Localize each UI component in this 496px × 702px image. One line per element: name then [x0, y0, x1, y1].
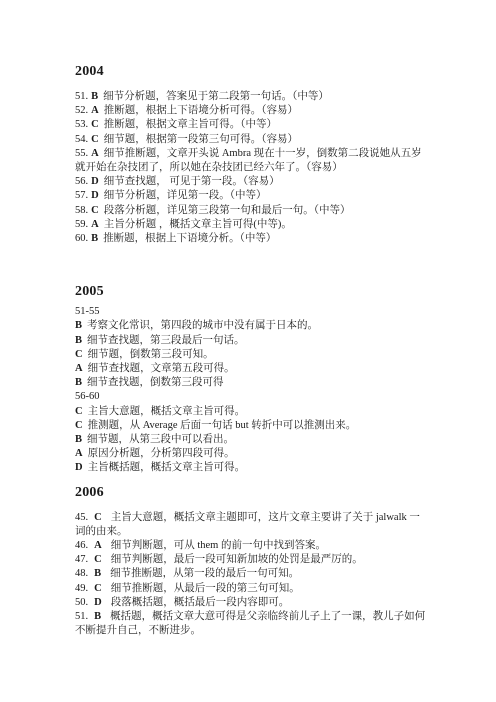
answer-letter: C: [75, 406, 83, 417]
question-number: 49.: [75, 583, 88, 594]
answer-line: B考察文化常识，第四段的城市中没有属于日本的。: [75, 319, 428, 333]
question-number: 47.: [75, 554, 88, 565]
answer-line: 56.D细节查找题， 可见于第一段。（容易）: [75, 175, 428, 189]
answer-letter: A: [94, 540, 102, 551]
answer-letter: B: [75, 335, 82, 346]
answer-letter: B: [91, 233, 98, 244]
question-number: 55.: [75, 148, 88, 159]
question-number: 53.: [75, 119, 88, 130]
answer-letter: C: [91, 134, 99, 145]
answer-line: 48.B细节推断题，从第一段的最后一句可知。: [75, 567, 428, 581]
explanation-text: 主旨概括题，概括文章主旨可得。: [88, 462, 246, 473]
explanation-text: 细节题，根据第一段第三句可得。（容易）: [104, 134, 298, 145]
explanation-text: 细节查找题，倒数第三段可得: [87, 377, 224, 388]
answer-list-2004: 51.B细节分析题，答案见于第二段第一句话。（中等） 52.A推断题，根据上下语…: [75, 90, 428, 246]
question-number: 57.: [75, 190, 88, 201]
answer-letter: A: [91, 148, 99, 159]
answer-letter: C: [94, 583, 102, 594]
answer-letter: C: [75, 420, 83, 431]
answer-letter: C: [91, 119, 99, 130]
answer-line: 58.C段落分析题，详见第三段第一句和最后一句。（中等）: [75, 204, 428, 218]
explanation-text: 主旨大意题，概括文章主旨可得。: [88, 406, 246, 417]
year-heading-2006: 2006: [75, 483, 428, 502]
explanation-text: 细节题，倒数第三段可知。: [88, 349, 214, 360]
question-number: 54.: [75, 134, 88, 145]
question-number: 45.: [75, 512, 88, 523]
question-number: 46.: [75, 540, 88, 551]
explanation-text: 推断题，根据上下语境分析。（中等）: [103, 233, 276, 244]
answer-line: A原因分析题，分析第四段可得。: [75, 447, 428, 461]
year-heading-2004: 2004: [75, 62, 428, 81]
answer-list-2005: 51-55 B考察文化常识，第四段的城市中没有属于日本的。 B细节查找题，第三段…: [75, 305, 428, 475]
explanation-text: 细节查找题，文章第五段可得。: [88, 363, 235, 374]
answer-letter: D: [94, 597, 102, 608]
answer-letter: A: [75, 363, 83, 374]
explanation-text: 推断题，根据上下语境分析可得。（容易）: [104, 105, 298, 116]
answer-letter: A: [91, 219, 99, 230]
explanation-text: 推测题，从 Average 后面一句话 but 转折中可以推测出来。: [88, 420, 357, 431]
explanation-text: 考察文化常识，第四段的城市中没有属于日本的。: [87, 320, 318, 331]
question-number: 51.: [75, 611, 88, 622]
answer-letter: D: [91, 176, 99, 187]
answer-letter: D: [75, 462, 83, 473]
answer-letter: A: [75, 448, 83, 459]
answer-line: 45.C主旨大意题，概括文章主题即可，这片文章主要讲了关于 jalwalk 一词…: [75, 511, 428, 539]
answer-line: C推测题，从 Average 后面一句话 but 转折中可以推测出来。: [75, 419, 428, 433]
explanation-text: 主旨分析题 ，概括文章主旨可得(中等)。: [104, 219, 292, 230]
answer-letter: B: [75, 377, 82, 388]
answer-line: 60.B推断题，根据上下语境分析。（中等）: [75, 232, 428, 246]
answer-line: 52.A推断题，根据上下语境分析可得。（容易）: [75, 104, 428, 118]
question-number: 56.: [75, 176, 88, 187]
answer-line: C主旨大意题，概括文章主旨可得。: [75, 405, 428, 419]
explanation-text: 细节分析题，答案见于第二段第一句话。（中等）: [103, 91, 329, 102]
question-number: 51.: [75, 91, 88, 102]
answer-letter: C: [94, 554, 102, 565]
answer-line: 54.C细节题，根据第一段第三句可得。（容易）: [75, 133, 428, 147]
explanation-text: 原因分析题，分析第四段可得。: [88, 448, 235, 459]
question-range-label: 51-55: [75, 305, 428, 319]
answer-line: B细节查找题，倒数第三段可得: [75, 376, 428, 390]
year-heading-2005: 2005: [75, 282, 428, 301]
answer-letter: B: [94, 568, 101, 579]
answer-line: A细节查找题，文章第五段可得。: [75, 362, 428, 376]
question-range-label: 56-60: [75, 390, 428, 404]
explanation-text: 主旨大意题，概括文章主题即可，这片文章主要讲了关于 jalwalk 一词的由来。: [75, 512, 420, 537]
question-number: 60.: [75, 233, 88, 244]
explanation-text: 细节判断题，可从 them 的前一句中找到答案。: [111, 540, 326, 551]
answer-list-2006: 45.C主旨大意题，概括文章主题即可，这片文章主要讲了关于 jalwalk 一词…: [75, 511, 428, 639]
answer-letter: D: [91, 190, 99, 201]
answer-line: 53.C推断题，根据文章主旨可得。（中等）: [75, 118, 428, 132]
question-number: 52.: [75, 105, 88, 116]
explanation-text: 段落概括题，概括最后一段内容即可。: [111, 597, 290, 608]
question-number: 48.: [75, 568, 88, 579]
answer-line: B细节查找题，第三段最后一句话。: [75, 334, 428, 348]
explanation-text: 细节查找题， 可见于第一段。（容易）: [104, 176, 280, 187]
answer-line: 50.D段落概括题，概括最后一段内容即可。: [75, 596, 428, 610]
answer-letter: A: [91, 105, 99, 116]
answer-letter: C: [94, 512, 102, 523]
question-number: 50.: [75, 597, 88, 608]
answer-line: 51.B概括题，概括文章大意可得是父亲临终前儿子上了一课，教儿子如何不断提升自己…: [75, 610, 428, 638]
answer-line: 57.D细节分析题，详见第一段。（中等）: [75, 189, 428, 203]
explanation-text: 细节推断题，文章开头说 Ambra 现在十一岁，倒数第二段说她从五岁就开始在杂技…: [75, 148, 422, 173]
answer-line: D主旨概括题，概括文章主旨可得。: [75, 461, 428, 475]
explanation-text: 细节判断题，最后一段可知新加坡的处罚是最严厉的。: [111, 554, 363, 565]
question-number: 59.: [75, 219, 88, 230]
answer-line: 59.A主旨分析题 ，概括文章主旨可得(中等)。: [75, 218, 428, 232]
answer-letter: B: [91, 91, 98, 102]
explanation-text: 推断题，根据文章主旨可得。（中等）: [104, 119, 277, 130]
explanation-text: 细节题，从第三段中可以看出。: [87, 434, 234, 445]
explanation-text: 细节分析题，详见第一段。（中等）: [104, 190, 267, 201]
answer-letter: B: [75, 320, 82, 331]
answer-line: 49.C细节推断题，从最后一段的第三句可知。: [75, 582, 428, 596]
answer-line: 55.A细节推断题，文章开头说 Ambra 现在十一岁，倒数第二段说她从五岁就开…: [75, 147, 428, 175]
explanation-text: 段落分析题，详见第三段第一句和最后一句。（中等）: [104, 205, 351, 216]
explanation-text: 细节推断题，从第一段的最后一句可知。: [110, 568, 299, 579]
answer-line: 51.B细节分析题，答案见于第二段第一句话。（中等）: [75, 90, 428, 104]
answer-letter: C: [75, 349, 83, 360]
answer-letter: C: [91, 205, 99, 216]
explanation-text: 细节查找题，第三段最后一句话。: [87, 335, 245, 346]
answer-line: 47.C细节判断题，最后一段可知新加坡的处罚是最严厉的。: [75, 553, 428, 567]
answer-line: C细节题，倒数第三段可知。: [75, 348, 428, 362]
question-number: 58.: [75, 205, 88, 216]
answer-letter: B: [94, 611, 101, 622]
answer-line: 46.A细节判断题，可从 them 的前一句中找到答案。: [75, 539, 428, 553]
explanation-text: 细节推断题，从最后一段的第三句可知。: [111, 583, 300, 594]
explanation-text: 概括题，概括文章大意可得是父亲临终前儿子上了一课，教儿子如何不断提升自己，不断进…: [75, 611, 425, 636]
document-page: 2004 51.B细节分析题，答案见于第二段第一句话。（中等） 52.A推断题，…: [0, 0, 496, 702]
answer-line: B细节题，从第三段中可以看出。: [75, 433, 428, 447]
answer-letter: B: [75, 434, 82, 445]
